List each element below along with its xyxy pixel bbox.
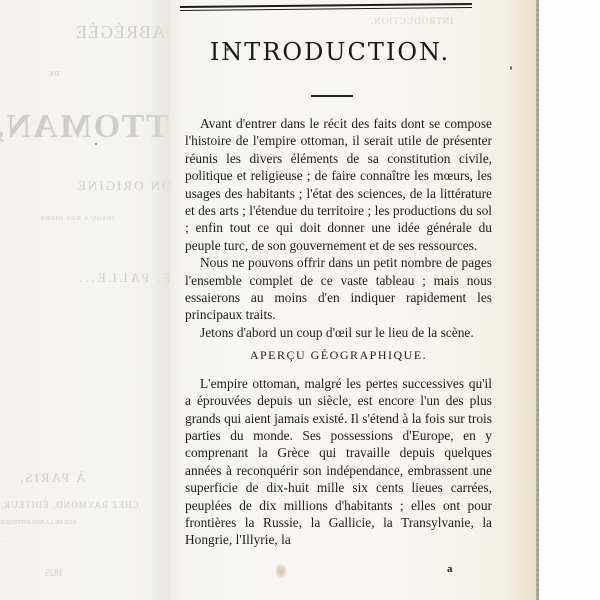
bleed-through-header: INTRODUCTION.: [370, 16, 453, 26]
bleed-through-line: L'EMPIRE OTTOMAN,: [0, 108, 175, 146]
paragraph: L'empire ottoman, malgré les pertes succ…: [185, 375, 492, 549]
bleed-through-line: 1825: [45, 568, 63, 578]
bleed-through-line: CHEZ RAYMOND, ÉDITEUR,: [0, 500, 139, 510]
title-divider: [311, 95, 353, 97]
bleed-through-line: À PARIS,: [18, 470, 86, 486]
paragraph: Avant d'entrer dans le récit des faits d…: [185, 115, 492, 254]
paper-speck: [95, 143, 97, 145]
paper-speck: [510, 66, 512, 70]
left-facing-page: HISTOIRE ABRÉGÉE DE L'EMPIRE OTTOMAN, DE…: [0, 0, 175, 600]
paragraph: Jetons d'abord un coup d'œil sur le lieu…: [185, 324, 492, 341]
body-text: Avant d'entrer dans le récit des faits d…: [185, 115, 492, 549]
page-title: INTRODUCTION.: [170, 38, 490, 66]
book-spread: HISTOIRE ABRÉGÉE DE L'EMPIRE OTTOMAN, DE…: [0, 0, 600, 600]
book-gutter: [150, 0, 180, 600]
paragraph: Nous ne pouvons offrir dans un petit nom…: [185, 254, 492, 324]
page-edge: [536, 0, 539, 600]
bleed-through-line: JUSQU'À NOS JOURS: [40, 216, 114, 222]
bleed-through-line: ...: [0, 538, 5, 544]
bleed-through-line: DE: [48, 70, 59, 78]
signature-mark: a: [447, 563, 453, 575]
paper-speck: [226, 48, 229, 51]
section-heading: APERÇU GÉOGRAPHIQUE.: [185, 347, 492, 364]
paper-stain: [276, 564, 286, 578]
bleed-through-line: RUE DE LA BIBLIOTHÈQUE: [0, 520, 76, 526]
